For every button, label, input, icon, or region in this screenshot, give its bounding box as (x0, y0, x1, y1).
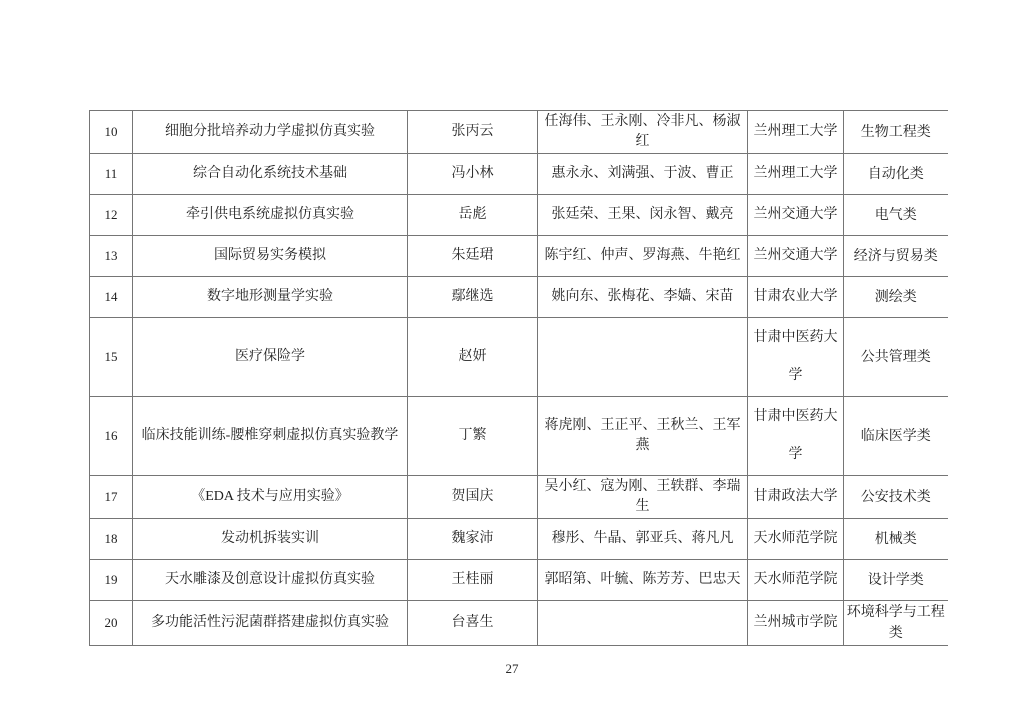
cell-row-number: 13 (90, 236, 133, 277)
cell-row-number: 14 (90, 277, 133, 318)
cell-team-members: 任海伟、王永刚、冷非凡、杨淑红 (538, 111, 748, 154)
cell-university: 天水师范学院 (748, 560, 844, 601)
document-page: 10细胞分批培养动力学虚拟仿真实验张丙云任海伟、王永刚、冷非凡、杨淑红兰州理工大… (0, 0, 1024, 724)
cell-row-number: 18 (90, 519, 133, 560)
cell-category: 生物工程类 (844, 111, 948, 154)
table-row: 20多功能活性污泥菌群搭建虚拟仿真实验台喜生兰州城市学院环境科学与工程类 (90, 601, 948, 646)
cell-row-number: 11 (90, 154, 133, 195)
cell-team-members (538, 601, 748, 646)
cell-category: 环境科学与工程类 (844, 601, 948, 646)
cell-team-members: 陈宇红、仲声、罗海燕、牛艳红 (538, 236, 748, 277)
cell-leader-name: 台喜生 (408, 601, 538, 646)
cell-university: 甘肃政法大学 (748, 476, 844, 519)
cell-row-number: 16 (90, 397, 133, 476)
cell-university: 甘肃农业大学 (748, 277, 844, 318)
cell-leader-name: 鄢继选 (408, 277, 538, 318)
table-row: 15医疗保险学赵妍甘肃中医药大学公共管理类 (90, 318, 948, 397)
cell-leader-name: 冯小林 (408, 154, 538, 195)
table-row: 14数字地形测量学实验鄢继选姚向东、张梅花、李嫱、宋苗甘肃农业大学测绘类 (90, 277, 948, 318)
cell-university: 兰州理工大学 (748, 111, 844, 154)
cell-team-members: 吴小红、寇为刚、王轶群、李瑞生 (538, 476, 748, 519)
cell-row-number: 17 (90, 476, 133, 519)
cell-leader-name: 王桂丽 (408, 560, 538, 601)
cell-team-members: 姚向东、张梅花、李嫱、宋苗 (538, 277, 748, 318)
cell-university: 甘肃中医药大学 (748, 318, 844, 397)
cell-team-members: 张廷荣、王果、闵永智、戴亮 (538, 195, 748, 236)
cell-category: 电气类 (844, 195, 948, 236)
page-number: 27 (0, 661, 1024, 677)
cell-row-number: 15 (90, 318, 133, 397)
cell-team-members: 惠永永、刘满强、于波、曹正 (538, 154, 748, 195)
cell-category: 经济与贸易类 (844, 236, 948, 277)
projects-table: 10细胞分批培养动力学虚拟仿真实验张丙云任海伟、王永刚、冷非凡、杨淑红兰州理工大… (89, 110, 948, 646)
cell-row-number: 19 (90, 560, 133, 601)
cell-university: 兰州交通大学 (748, 195, 844, 236)
cell-category: 自动化类 (844, 154, 948, 195)
cell-leader-name: 丁繁 (408, 397, 538, 476)
cell-university: 甘肃中医药大学 (748, 397, 844, 476)
table-row: 18发动机拆装实训魏家沛穆彤、牛晶、郭亚兵、蒋凡凡天水师范学院机械类 (90, 519, 948, 560)
cell-team-members: 郭昭第、叶毓、陈芳芳、巴忠天 (538, 560, 748, 601)
cell-category: 公安技术类 (844, 476, 948, 519)
cell-project-title: 《EDA 技术与应用实验》 (133, 476, 408, 519)
cell-row-number: 12 (90, 195, 133, 236)
cell-project-title: 发动机拆装实训 (133, 519, 408, 560)
cell-leader-name: 张丙云 (408, 111, 538, 154)
cell-project-title: 临床技能训练-腰椎穿刺虚拟仿真实验教学 (133, 397, 408, 476)
cell-project-title: 医疗保险学 (133, 318, 408, 397)
cell-university: 天水师范学院 (748, 519, 844, 560)
cell-project-title: 国际贸易实务模拟 (133, 236, 408, 277)
table-row: 13国际贸易实务模拟朱廷珺陈宇红、仲声、罗海燕、牛艳红兰州交通大学经济与贸易类 (90, 236, 948, 277)
cell-project-title: 多功能活性污泥菌群搭建虚拟仿真实验 (133, 601, 408, 646)
cell-leader-name: 朱廷珺 (408, 236, 538, 277)
cell-project-title: 牵引供电系统虚拟仿真实验 (133, 195, 408, 236)
cell-university: 兰州交通大学 (748, 236, 844, 277)
table-row: 19天水雕漆及创意设计虚拟仿真实验王桂丽郭昭第、叶毓、陈芳芳、巴忠天天水师范学院… (90, 560, 948, 601)
table-row: 10细胞分批培养动力学虚拟仿真实验张丙云任海伟、王永刚、冷非凡、杨淑红兰州理工大… (90, 111, 948, 154)
cell-team-members: 蒋虎刚、王正平、王秋兰、王军燕 (538, 397, 748, 476)
table-row: 11综合自动化系统技术基础冯小林惠永永、刘满强、于波、曹正兰州理工大学自动化类 (90, 154, 948, 195)
cell-category: 设计学类 (844, 560, 948, 601)
cell-leader-name: 魏家沛 (408, 519, 538, 560)
cell-team-members (538, 318, 748, 397)
cell-leader-name: 赵妍 (408, 318, 538, 397)
table-row: 16临床技能训练-腰椎穿刺虚拟仿真实验教学丁繁蒋虎刚、王正平、王秋兰、王军燕甘肃… (90, 397, 948, 476)
cell-leader-name: 贺国庆 (408, 476, 538, 519)
cell-leader-name: 岳彪 (408, 195, 538, 236)
cell-university: 兰州理工大学 (748, 154, 844, 195)
cell-row-number: 10 (90, 111, 133, 154)
cell-category: 公共管理类 (844, 318, 948, 397)
cell-project-title: 天水雕漆及创意设计虚拟仿真实验 (133, 560, 408, 601)
cell-row-number: 20 (90, 601, 133, 646)
table-row: 12牵引供电系统虚拟仿真实验岳彪张廷荣、王果、闵永智、戴亮兰州交通大学电气类 (90, 195, 948, 236)
cell-project-title: 细胞分批培养动力学虚拟仿真实验 (133, 111, 408, 154)
cell-project-title: 综合自动化系统技术基础 (133, 154, 408, 195)
cell-university: 兰州城市学院 (748, 601, 844, 646)
cell-team-members: 穆彤、牛晶、郭亚兵、蒋凡凡 (538, 519, 748, 560)
cell-project-title: 数字地形测量学实验 (133, 277, 408, 318)
table-row: 17《EDA 技术与应用实验》贺国庆吴小红、寇为刚、王轶群、李瑞生甘肃政法大学公… (90, 476, 948, 519)
cell-category: 临床医学类 (844, 397, 948, 476)
cell-category: 测绘类 (844, 277, 948, 318)
cell-category: 机械类 (844, 519, 948, 560)
